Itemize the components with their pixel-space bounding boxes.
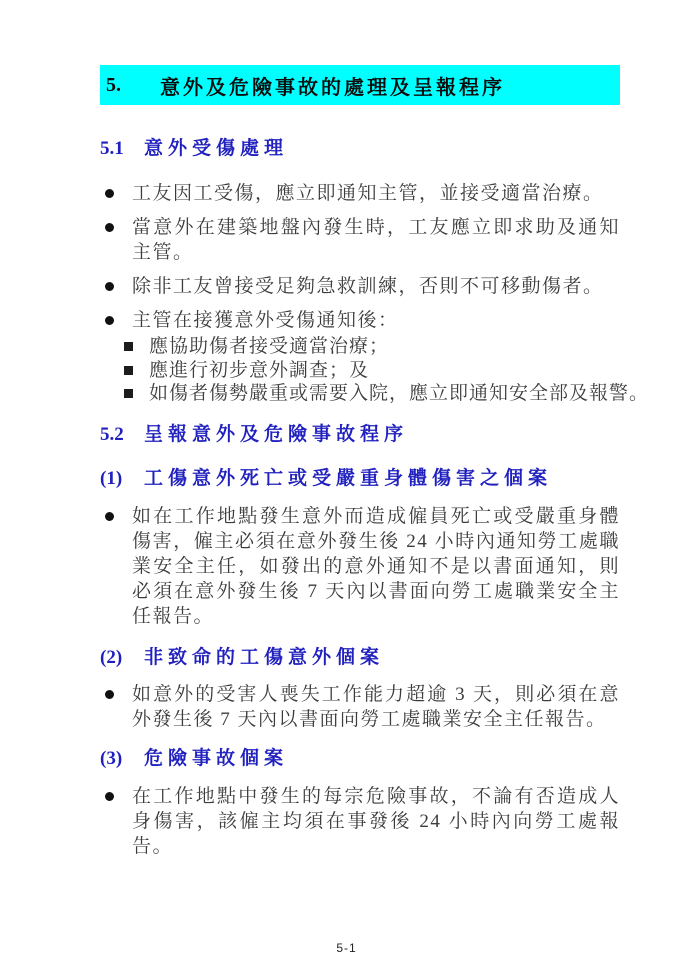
square-bullet-icon <box>124 342 133 351</box>
paragraph-text: 在工作地點中發生的每宗危險事故，不論有否造成人身傷害，該僱主均須在事發後 24 … <box>132 784 620 859</box>
list-item: 應協助傷者接受適當治療； <box>100 335 649 359</box>
list-item: 除非工友曾接受足夠急救訓練，否則不可移動傷者。 <box>100 274 620 299</box>
bullet-dot-icon <box>105 690 114 699</box>
section-5-1-number: 5.1 <box>100 138 144 160</box>
section-5-1-title: 意外受傷處理 <box>144 138 288 160</box>
subsection-3-number: (3) <box>100 748 144 770</box>
subsection-2-heading: (2) 非致命的工傷意外個案 <box>100 647 620 669</box>
section-5-2-title: 呈報意外及危險事故程序 <box>144 424 408 446</box>
sub-bullet-text: 如傷者傷勢嚴重或需要入院，應立即通知安全部及報警。 <box>149 382 649 406</box>
list-item: 當意外在建築地盤內發生時，工友應立即求助及通知主管。 <box>100 215 620 265</box>
sub-bullet-list: 應協助傷者接受適當治療； 應進行初步意外調查；及 如傷者傷勢嚴重或需要入院，應立… <box>100 335 649 406</box>
section-5-2-heading: 5.2 呈報意外及危險事故程序 <box>100 424 620 446</box>
square-bullet-icon <box>124 366 133 375</box>
square-bullet-icon <box>124 389 133 398</box>
bullet-dot-icon <box>105 223 114 232</box>
bullet-text: 當意外在建築地盤內發生時，工友應立即求助及通知主管。 <box>132 215 620 265</box>
section-5-1-bullet-list: 工友因工受傷，應立即通知主管，並接受適當治療。 當意外在建築地盤內發生時，工友應… <box>100 181 620 406</box>
chapter-number: 5. <box>106 74 160 97</box>
bullet-text: 工友因工受傷，應立即通知主管，並接受適當治療。 <box>132 181 620 206</box>
sub-bullet-text: 應進行初步意外調查；及 <box>149 359 369 383</box>
document-page: 5. 意外及危險事故的處理及呈報程序 5.1 意外受傷處理 工友因工受傷，應立即… <box>100 65 620 859</box>
bullet-dot-icon <box>105 316 114 325</box>
bullet-text: 主管在接獲意外受傷通知後： <box>132 308 620 333</box>
subsection-3-paragraph: 在工作地點中發生的每宗危險事故，不論有否造成人身傷害，該僱主均須在事發後 24 … <box>100 784 620 859</box>
chapter-title: 意外及危險事故的處理及呈報程序 <box>160 71 505 100</box>
subsection-1-title: 工傷意外死亡或受嚴重身體傷害之個案 <box>144 468 552 490</box>
subsection-1-number: (1) <box>100 468 144 490</box>
subsection-1-heading: (1) 工傷意外死亡或受嚴重身體傷害之個案 <box>100 468 620 490</box>
bullet-dot-icon <box>105 792 114 801</box>
subsection-2-title: 非致命的工傷意外個案 <box>144 647 384 669</box>
subsection-1-paragraph: 如在工作地點發生意外而造成僱員死亡或受嚴重身體傷害，僱主必須在意外發生後 24 … <box>100 504 620 629</box>
paragraph-text: 如意外的受害人喪失工作能力超逾 3 天，則必須在意外發生後 7 天內以書面向勞工… <box>132 682 620 732</box>
subsection-2-number: (2) <box>100 647 144 669</box>
paragraph-text: 如在工作地點發生意外而造成僱員死亡或受嚴重身體傷害，僱主必須在意外發生後 24 … <box>132 504 620 629</box>
subsection-3-title: 危險事故個案 <box>144 748 288 770</box>
subsection-2-paragraph: 如意外的受害人喪失工作能力超逾 3 天，則必須在意外發生後 7 天內以書面向勞工… <box>100 682 620 732</box>
list-item: 工友因工受傷，應立即通知主管，並接受適當治療。 <box>100 181 620 206</box>
list-item: 主管在接獲意外受傷通知後： 應協助傷者接受適當治療； 應進行初步意外調查；及 如… <box>100 308 620 406</box>
bullet-text: 除非工友曾接受足夠急救訓練，否則不可移動傷者。 <box>132 274 620 299</box>
chapter-heading-banner: 5. 意外及危險事故的處理及呈報程序 <box>100 65 620 105</box>
sub-bullet-text: 應協助傷者接受適當治療； <box>149 335 389 359</box>
subsection-3-heading: (3) 危險事故個案 <box>100 748 620 770</box>
bullet-dot-icon <box>105 282 114 291</box>
list-item: 如傷者傷勢嚴重或需要入院，應立即通知安全部及報警。 <box>100 382 649 406</box>
bullet-dot-icon <box>105 189 114 198</box>
list-item: 應進行初步意外調查；及 <box>100 359 649 383</box>
section-5-2-number: 5.2 <box>100 424 144 446</box>
bullet-dot-icon <box>105 512 114 521</box>
page-number: 5-1 <box>0 941 693 955</box>
section-5-1-heading: 5.1 意外受傷處理 <box>100 138 620 160</box>
